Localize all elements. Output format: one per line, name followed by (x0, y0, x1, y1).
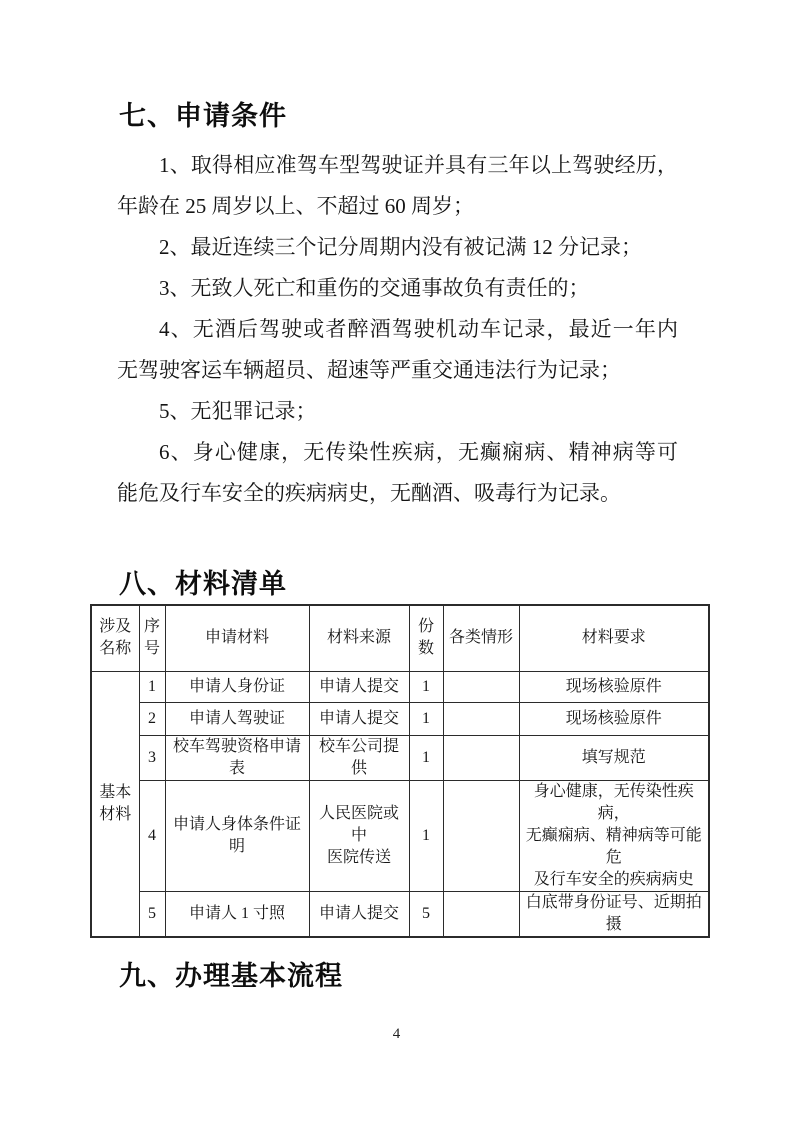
cell-situations (443, 780, 519, 891)
cell-copies: 1 (409, 671, 443, 702)
cell-source: 申请人提交 (309, 891, 409, 937)
cell-source: 申请人提交 (309, 671, 409, 702)
section-heading-materials-list: 八、材料清单 (119, 569, 287, 599)
cell-situations (443, 671, 519, 702)
condition-line: 4、无酒后驾驶或者醉酒驾驶机动车记录，最近一年内 (117, 309, 678, 350)
section-heading-application-conditions: 七、申请条件 (119, 101, 287, 131)
conditions-paragraphs: 1、取得相应准驾车型驾驶证并具有三年以上驾驶经历， 年龄在 25 周岁以上、不超… (117, 145, 678, 514)
page-number: 4 (0, 1026, 793, 1042)
col-header-category: 涉及 名称 (91, 605, 139, 671)
cell-material: 校车驾驶资格申请表 (165, 735, 309, 780)
section-heading-process: 九、办理基本流程 (119, 961, 343, 991)
cell-source: 人民医院或中 医院传送 (309, 780, 409, 891)
cell-copies: 1 (409, 735, 443, 780)
cell-index: 4 (139, 780, 165, 891)
cell-copies: 1 (409, 780, 443, 891)
cell-requirements: 现场核验原件 (519, 671, 709, 702)
cell-copies: 1 (409, 702, 443, 735)
cell-situations (443, 735, 519, 780)
condition-line: 6、身心健康，无传染性疾病，无癫痫病、精神病等可 (117, 432, 678, 473)
condition-line: 无驾驶客运车辆超员、超速等严重交通违法行为记录； (117, 350, 678, 391)
condition-line: 5、无犯罪记录； (117, 391, 678, 432)
cell-material: 申请人 1 寸照 (165, 891, 309, 937)
cell-requirements: 填写规范 (519, 735, 709, 780)
table-row: 基本 材料 1 申请人身份证 申请人提交 1 现场核验原件 (91, 671, 709, 702)
table-row: 3 校车驾驶资格申请表 校车公司提供 1 填写规范 (91, 735, 709, 780)
col-header-requirements: 材料要求 (519, 605, 709, 671)
col-header-source: 材料来源 (309, 605, 409, 671)
cell-index: 1 (139, 671, 165, 702)
condition-line: 3、无致人死亡和重伤的交通事故负有责任的； (117, 268, 678, 309)
cell-material: 申请人身体条件证明 (165, 780, 309, 891)
cell-material: 申请人身份证 (165, 671, 309, 702)
cell-situations (443, 891, 519, 937)
condition-line: 1、取得相应准驾车型驾驶证并具有三年以上驾驶经历， (117, 145, 678, 186)
col-header-copies: 份 数 (409, 605, 443, 671)
col-header-index: 序 号 (139, 605, 165, 671)
materials-table: 涉及 名称 序 号 申请材料 材料来源 份 数 各类情形 材料要求 基本 材料 … (90, 604, 710, 938)
col-header-situations: 各类情形 (443, 605, 519, 671)
document-page: 七、申请条件 1、取得相应准驾车型驾驶证并具有三年以上驾驶经历， 年龄在 25 … (0, 0, 793, 1122)
table-row: 5 申请人 1 寸照 申请人提交 5 白底带身份证号、近期拍摄 (91, 891, 709, 937)
cell-requirements: 白底带身份证号、近期拍摄 (519, 891, 709, 937)
cell-index: 3 (139, 735, 165, 780)
table-row: 4 申请人身体条件证明 人民医院或中 医院传送 1 身心健康，无传染性疾病， 无… (91, 780, 709, 891)
table-row: 2 申请人驾驶证 申请人提交 1 现场核验原件 (91, 702, 709, 735)
cell-category-group: 基本 材料 (91, 671, 139, 937)
cell-situations (443, 702, 519, 735)
cell-copies: 5 (409, 891, 443, 937)
cell-requirements: 现场核验原件 (519, 702, 709, 735)
cell-source: 申请人提交 (309, 702, 409, 735)
cell-material: 申请人驾驶证 (165, 702, 309, 735)
condition-line: 2、最近连续三个记分周期内没有被记满 12 分记录； (117, 227, 678, 268)
cell-index: 2 (139, 702, 165, 735)
condition-line: 年龄在 25 周岁以上、不超过 60 周岁； (117, 186, 678, 227)
table-header-row: 涉及 名称 序 号 申请材料 材料来源 份 数 各类情形 材料要求 (91, 605, 709, 671)
cell-index: 5 (139, 891, 165, 937)
condition-line: 能危及行车安全的疾病病史，无酗酒、吸毒行为记录。 (117, 473, 678, 514)
col-header-material: 申请材料 (165, 605, 309, 671)
cell-source: 校车公司提供 (309, 735, 409, 780)
cell-requirements: 身心健康，无传染性疾病， 无癫痫病、精神病等可能危 及行车安全的疾病病史 (519, 780, 709, 891)
